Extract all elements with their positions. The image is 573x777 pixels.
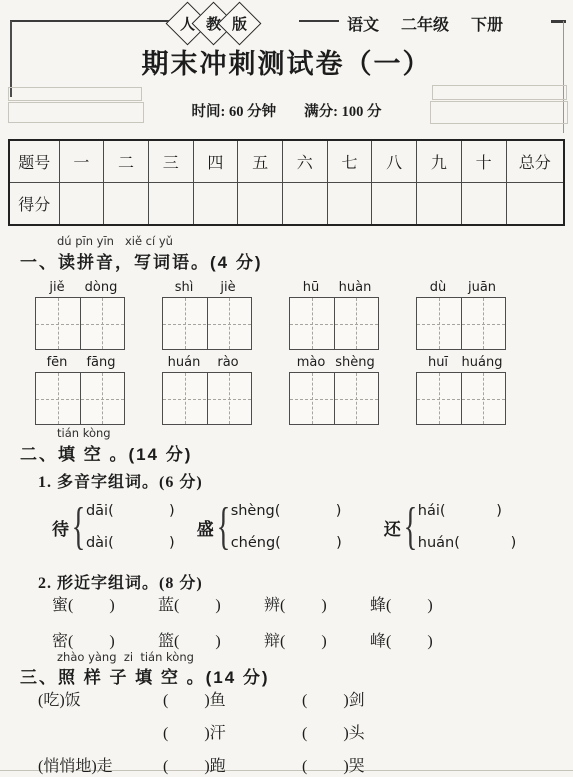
exam-meta: 时间: 60 分钟满分: 100 分: [0, 100, 573, 121]
question-column: 八: [372, 140, 417, 183]
brace-icon: {: [72, 497, 86, 557]
polyphonic-char: 盛: [197, 515, 214, 540]
grade-label: 二年级: [401, 12, 449, 35]
pinyin-syllable: fāng: [79, 355, 123, 372]
section1-pinyin-hint: dú pīn yīn xiě cí yǔ: [57, 234, 173, 248]
pinyin-syllable: huáng: [460, 355, 504, 372]
pinyin-syllable: rào: [206, 355, 250, 372]
similar-char-blank: 密( ): [52, 628, 158, 651]
test-paper-page: 人 教 版 语文 二年级 下册 期末冲刺测试卷（一） 时间: 60 分钟满分: …: [0, 0, 573, 777]
section3-title: 三、照 样 子 填 空 。(14 分): [20, 663, 270, 688]
score-cell-empty: [59, 183, 104, 226]
writing-grid-box: [416, 297, 506, 350]
polyphonic-char: 还: [384, 515, 401, 540]
section2-title: 二、填 空 。(14 分): [20, 440, 192, 465]
writing-grid-box: [416, 372, 506, 425]
polyphonic-char: 待: [52, 515, 69, 540]
edition-badge: 人 教 版: [172, 8, 250, 39]
paper-title: 期末冲刺测试卷（一）: [0, 42, 573, 81]
edition-char: 版: [232, 13, 247, 34]
header-rule-middle: [299, 20, 339, 22]
word-box-group: huīhuáng: [416, 355, 504, 425]
word-box-group: huánrào: [162, 355, 250, 425]
similar-char-blank: 蓝( ): [158, 592, 264, 615]
score-cell-empty: [327, 183, 372, 226]
pinyin-syllable: dòng: [79, 280, 123, 297]
reading-blank: dài( ): [86, 529, 175, 557]
fill-example: (吃)饭: [38, 690, 163, 711]
fill-example: (悄悄地)走: [38, 756, 163, 777]
word-box-row: fēnfāng huánrào màoshèng huīhuáng: [35, 355, 504, 425]
section2-pinyin-hint: tián kòng: [57, 426, 111, 440]
brace-icon: {: [216, 497, 230, 557]
polyphonic-readings: hái( ) huán( ): [418, 497, 516, 557]
question-column: 四: [193, 140, 238, 183]
question-column: 三: [148, 140, 193, 183]
score-cell-empty: [372, 183, 417, 226]
similar-char-blank: 蜜( ): [52, 592, 158, 615]
similar-char-blank: 蜂( ): [370, 592, 476, 615]
scan-artifact-box: [432, 85, 567, 100]
polyphonic-group: 盛 { shèng( ) chéng( ): [197, 497, 342, 557]
reading-blank: dāi( ): [86, 497, 175, 525]
writing-grid-box: [35, 297, 125, 350]
pinyin-syllable: mào: [289, 355, 333, 372]
writing-grid-box: [162, 297, 252, 350]
header-rule-left: [10, 20, 174, 22]
pinyin-syllable: dù: [416, 280, 460, 297]
brace-icon: {: [403, 497, 417, 557]
score-cell-empty: [104, 183, 149, 226]
fill-blank: ( )鱼: [163, 690, 302, 711]
writing-grid-box: [162, 372, 252, 425]
time-label: 时间: 60 分钟: [192, 104, 277, 120]
section2-sub1-title: 1. 多音字组词。(6 分): [38, 469, 203, 492]
score-cell-empty: [193, 183, 238, 226]
scan-artifact-box: [8, 87, 142, 101]
pinyin-syllable: fēn: [35, 355, 79, 372]
pinyin-pair: jiědòng: [35, 280, 123, 297]
word-box-group: jiědòng: [35, 280, 123, 350]
word-box-group: màoshèng: [289, 355, 377, 425]
score-cell-empty: [506, 183, 564, 226]
score-cell-empty: [238, 183, 283, 226]
pinyin-syllable: hū: [289, 280, 333, 297]
question-column: 六: [282, 140, 327, 183]
pinyin-pair: hūhuàn: [289, 280, 377, 297]
score-table-header-row: 题号 一 二 三 四 五 六 七 八 九 十 总分: [9, 140, 564, 183]
pinyin-pair: huánrào: [162, 355, 250, 372]
score-cell-empty: [417, 183, 462, 226]
reading-blank: huán( ): [418, 529, 516, 557]
question-column: 七: [327, 140, 372, 183]
similar-char-blank: 辩( ): [264, 628, 370, 651]
word-box-group: dùjuān: [416, 280, 504, 350]
polyphonic-readings: dāi( ) dài( ): [86, 497, 175, 557]
section2-sub2-title: 2. 形近字组词。(8 分): [38, 570, 203, 593]
question-column: 五: [238, 140, 283, 183]
section1-title: 一、读拼音，写词语。(4 分): [20, 248, 263, 273]
reading-blank: chéng( ): [231, 529, 342, 557]
polyphonic-row: 待 { dāi( ) dài( ) 盛 { shèng( ) chéng( ) …: [52, 494, 516, 560]
question-column: 二: [104, 140, 149, 183]
fill-empty-cell: [38, 723, 163, 744]
fill-blank: ( )哭: [302, 756, 452, 777]
polyphonic-readings: shèng( ) chéng( ): [231, 497, 342, 557]
subject-line: 语文 二年级 下册: [347, 12, 503, 35]
section3-pinyin-hint: zhào yàng zi tián kòng: [57, 650, 194, 664]
writing-grid-box: [289, 372, 379, 425]
pinyin-syllable: huī: [416, 355, 460, 372]
volume-label: 下册: [471, 12, 503, 35]
pinyin-pair: shìjiè: [162, 280, 250, 297]
edition-diamond-icon: 版: [218, 2, 262, 46]
question-column: 十: [461, 140, 506, 183]
question-column: 一: [59, 140, 104, 183]
fill-example-grid: (吃)饭 ( )鱼 ( )剑 ( )汗 ( )头 (悄悄地)走 ( )跑 ( )…: [38, 690, 452, 777]
reading-blank: shèng( ): [231, 497, 342, 525]
similar-char-grid: 蜜( ) 蓝( ) 辨( ) 蜂( ) 密( ) 篮( ) 辩( ) 峰( ): [52, 592, 476, 651]
word-box-group: fēnfāng: [35, 355, 123, 425]
pinyin-syllable: jiè: [206, 280, 250, 297]
pinyin-pair: màoshèng: [289, 355, 377, 372]
pinyin-syllable: huán: [162, 355, 206, 372]
polyphonic-group: 还 { hái( ) huán( ): [384, 497, 516, 557]
reading-blank: hái( ): [418, 497, 516, 525]
fill-blank: ( )跑: [163, 756, 302, 777]
score-header: 得分: [9, 183, 59, 226]
word-box-group: hūhuàn: [289, 280, 377, 350]
writing-grid-box: [35, 372, 125, 425]
fill-blank: ( )头: [302, 723, 452, 744]
question-number-header: 题号: [9, 140, 59, 183]
similar-char-blank: 辨( ): [264, 592, 370, 615]
question-column: 九: [417, 140, 462, 183]
word-box-row: jiědòng shìjiè hūhuàn dùjuān: [35, 280, 504, 350]
pinyin-syllable: shèng: [333, 355, 377, 372]
pinyin-pair: fēnfāng: [35, 355, 123, 372]
score-cell-empty: [461, 183, 506, 226]
pinyin-syllable: huàn: [333, 280, 377, 297]
similar-char-blank: 峰( ): [370, 628, 476, 651]
pinyin-syllable: shì: [162, 280, 206, 297]
pinyin-pair: huīhuáng: [416, 355, 504, 372]
score-cell-empty: [148, 183, 193, 226]
pinyin-syllable: juān: [460, 280, 504, 297]
full-score-label: 满分: 100 分: [304, 104, 381, 120]
total-score-column: 总分: [506, 140, 564, 183]
score-cell-empty: [282, 183, 327, 226]
polyphonic-group: 待 { dāi( ) dài( ): [52, 497, 175, 557]
word-box-group: shìjiè: [162, 280, 250, 350]
subject-label: 语文: [347, 12, 379, 35]
fill-blank: ( )剑: [302, 690, 452, 711]
pinyin-pair: dùjuān: [416, 280, 504, 297]
score-table: 题号 一 二 三 四 五 六 七 八 九 十 总分 得分: [8, 139, 565, 226]
score-table-score-row: 得分: [9, 183, 564, 226]
similar-char-blank: 篮( ): [158, 628, 264, 651]
pinyin-syllable: jiě: [35, 280, 79, 297]
writing-grid-box: [289, 297, 379, 350]
fill-blank: ( )汗: [163, 723, 302, 744]
